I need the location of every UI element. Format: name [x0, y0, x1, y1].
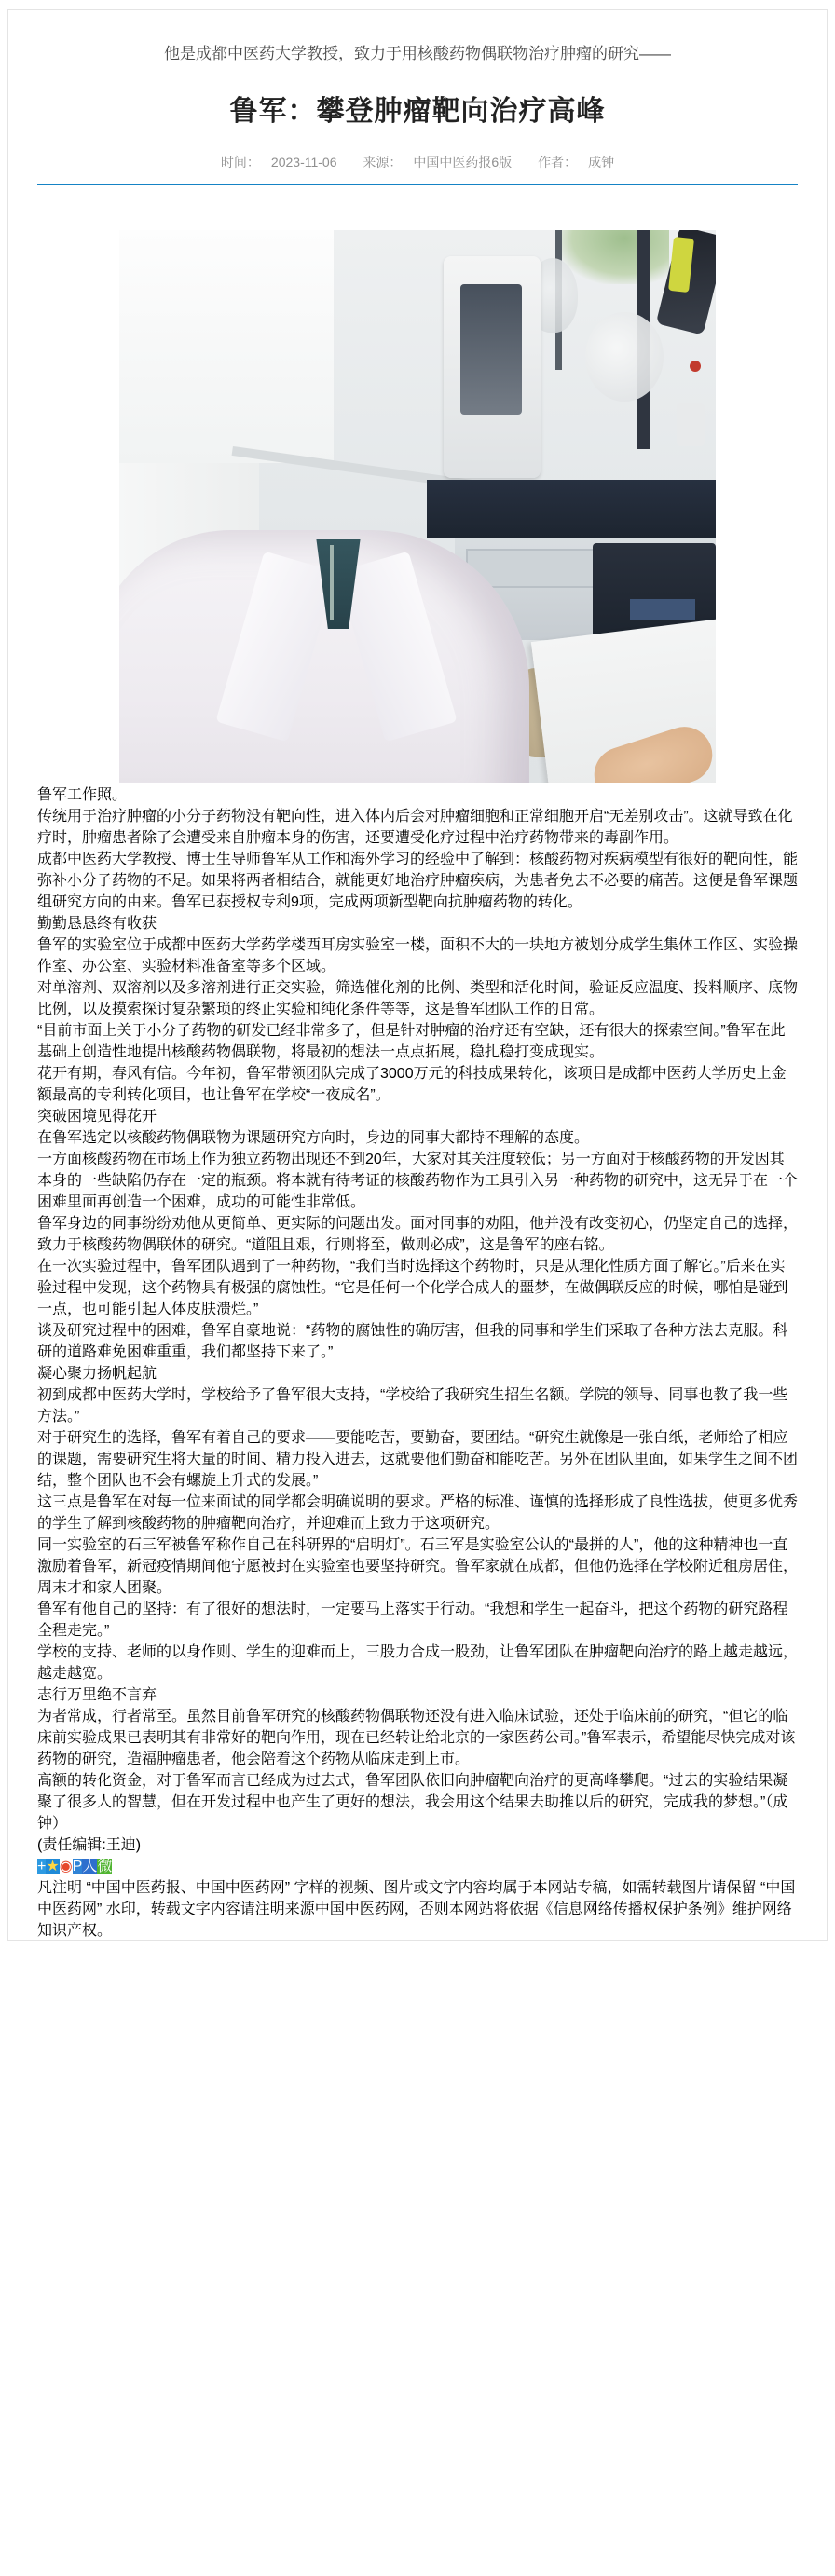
article-paragraph: 高额的转化资金，对于鲁军而言已经成为过去式，鲁军团队依旧向肿瘤靶向治疗的更高峰攀… [37, 1768, 798, 1833]
section-heading: 勤勤恳恳终有收获 [37, 911, 798, 933]
photo-bottle [677, 403, 705, 446]
article-photo [119, 230, 716, 783]
article-paragraph: 鲁军有他自己的坚持：有了很好的想法时，一定要马上落实于行动。“我想和学生一起奋斗… [37, 1597, 798, 1640]
article-paragraph: 鲁军身边的同事纷纷劝他从更简单、更实际的问题出发。面对同事的劝阻，他并没有改变初… [37, 1211, 798, 1254]
section-heading: 突破困境见得花开 [37, 1104, 798, 1125]
photo-centrifuge-display [630, 599, 695, 620]
person-shirt [330, 545, 334, 620]
photo-red-knob [690, 361, 701, 372]
section-heading: 凝心聚力扬帆起航 [37, 1361, 798, 1383]
meta-author-value: 成钟 [588, 155, 614, 170]
sina-weibo-icon[interactable]: ◉ [60, 1859, 73, 1874]
article-paragraph: 初到成都中医药大学时，学校给予了鲁军很大支持，“学校给了我研究生招生名额。学院的… [37, 1383, 798, 1425]
meta-source-label: 来源： [363, 155, 402, 170]
photo-bench [427, 480, 716, 538]
share-icons: +★◉P人微 [37, 1854, 798, 1875]
article-paragraph: 对单溶剂、双溶剂以及多溶剂进行正交实验，筛选催化剂的比例、类型和活化时间，验证反… [37, 975, 798, 1018]
article-paragraph: “目前市面上关于小分子药物的研发已经非常多了，但是针对肿瘤的治疗还有空缺，还有很… [37, 1018, 798, 1061]
pengyou-icon[interactable]: P [73, 1859, 83, 1874]
share-plus-icon[interactable]: + [37, 1859, 46, 1874]
photo-window [119, 230, 334, 463]
page-title: 鲁军：攀登肿瘤靶向治疗高峰 [37, 88, 798, 129]
person-neck [306, 482, 373, 556]
editor-note: (责任编辑:王迪) [37, 1833, 798, 1854]
meta-time-value: 2023-11-06 [271, 155, 337, 170]
meta-author-label: 作者： [538, 155, 577, 170]
article-paragraph: 为者常成，行者常至。虽然目前鲁军研究的核酸药物偶联物还没有进入临床试验，还处于临… [37, 1704, 798, 1768]
article-paragraph: 成都中医药大学教授、博士生导师鲁军从工作和海外学习的经验中了解到：核酸药物对疾病… [37, 847, 798, 911]
qzone-icon[interactable]: ★ [46, 1859, 59, 1874]
article-container: 他是成都中医药大学教授，致力于用核酸药物偶联物治疗肿瘤的研究—— 鲁军：攀登肿瘤… [7, 9, 828, 1941]
meta-source-value: 中国中医药报6版 [413, 155, 512, 170]
photo-caption: 鲁军工作照。 [37, 783, 798, 804]
article-paragraph: 在一次实验过程中，鲁军团队遇到了一种药物，“我们当时选择这个药物时，只是从理化性… [37, 1254, 798, 1318]
article-paragraph: 一方面核酸药物在市场上作为独立药物出现还不到20年，大家对其关注度较低；另一方面… [37, 1147, 798, 1211]
meta-time-label: 时间： [221, 155, 260, 170]
photo-flask [585, 312, 664, 402]
article-paragraph: 这三点是鲁军在对每一位来面试的同学都会明确说明的要求。严格的标准、谨慎的选择形成… [37, 1490, 798, 1533]
header-divider [37, 184, 798, 185]
article-meta: 时间：2023-11-06 来源：中国中医药报6版 作者：成钟 [37, 153, 798, 171]
photo-machine-screen [460, 284, 522, 415]
article-supertitle: 他是成都中医药大学教授，致力于用核酸药物偶联物治疗肿瘤的研究—— [37, 40, 798, 63]
article-paragraph: 传统用于治疗肿瘤的小分子药物没有靶向性，进入体内后会对肿瘤细胞和正常细胞开启“无… [37, 804, 798, 847]
article-paragraph: 花开有期，春风有信。今年初，鲁军带领团队完成了3000万元的科技成果转化，该项目… [37, 1061, 798, 1104]
share-bar: +★◉P人微 [37, 1854, 798, 1875]
section-heading: 志行万里绝不言弃 [37, 1683, 798, 1704]
article-paragraph: 在鲁军选定以核酸药物偶联物为课题研究方向时，身边的同事大都持不理解的态度。 [37, 1125, 798, 1147]
renren-icon[interactable]: 人 [82, 1859, 97, 1874]
article-paragraph: 谈及研究过程中的困难，鲁军自豪地说：“药物的腐蚀性的确厉害，但我的同事和学生们采… [37, 1318, 798, 1361]
wechat-icon[interactable]: 微 [97, 1859, 112, 1874]
article-body: 传统用于治疗肿瘤的小分子药物没有靶向性，进入体内后会对肿瘤细胞和正常细胞开启“无… [37, 804, 798, 1833]
article-paragraph: 学校的支持、老师的以身作则、学生的迎难而上，三股力合成一股劲，让鲁军团队在肿瘤靶… [37, 1640, 798, 1683]
copyright-disclaimer: 凡注明 “中国中医药报、中国中医药网” 字样的视频、图片或文字内容均属于本网站专… [37, 1875, 798, 1940]
article-paragraph: 同一实验室的石三军被鲁军称作自己在科研界的“启明灯”。石三军是实验室公认的“最拼… [37, 1533, 798, 1597]
article-paragraph: 鲁军的实验室位于成都中医药大学药学楼西耳房实验室一楼，面积不大的一块地方被划分成… [37, 933, 798, 975]
article-paragraph: 对于研究生的选择，鲁军有着自己的要求——要能吃苦，要勤奋，要团结。“研究生就像是… [37, 1425, 798, 1490]
